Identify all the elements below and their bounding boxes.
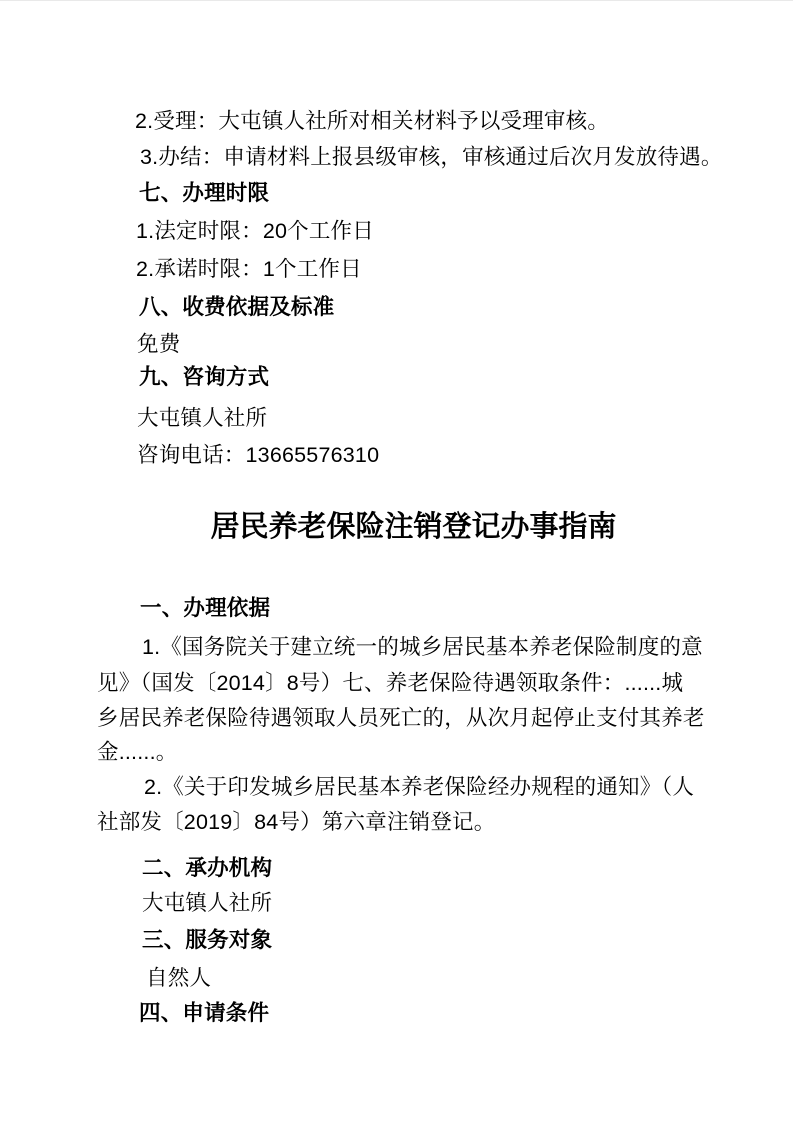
basis1-line4: 金......。 — [97, 741, 177, 764]
basis1-line2: 见》（国发〔2014〕8号）七、养老保险待遇领取条件：......城 — [97, 672, 683, 695]
service-target-line: 自然人 — [146, 967, 211, 990]
step-complete-line: 3.办结：申请材料上报县级审核，审核通过后次月发放待遇。 — [140, 146, 723, 169]
heading-consult-method: 九、咨询方式 — [139, 366, 269, 389]
legal-time-limit-line: 1.法定时限：20个工作日 — [136, 220, 374, 243]
guide-title: 居民养老保险注销登记办事指南 — [0, 511, 793, 544]
step-accept-line: 2.受理：大屯镇人社所对相关材料予以受理审核。 — [135, 110, 609, 133]
heading-application-conditions: 四、申请条件 — [139, 1002, 269, 1025]
basis1-line1: 1.《国务院关于建立统一的城乡居民基本养老保险制度的意 — [142, 636, 703, 659]
consult-office-line: 大屯镇人社所 — [137, 407, 267, 430]
document-page: 2.受理：大屯镇人社所对相关材料予以受理审核。 3.办结：申请材料上报县级审核，… — [0, 0, 793, 1122]
heading-fee-basis: 八、收费依据及标准 — [139, 296, 334, 319]
basis2-line1: 2.《关于印发城乡居民基本养老保险经办规程的通知》（人 — [144, 776, 694, 799]
heading-service-target: 三、服务对象 — [142, 929, 272, 952]
agency-line: 大屯镇人社所 — [142, 892, 272, 915]
heading-time-limit: 七、办理时限 — [139, 182, 269, 205]
promised-time-limit-line: 2.承诺时限：1个工作日 — [136, 258, 362, 281]
basis2-line2: 社部发〔2019〕84号）第六章注销登记。 — [97, 811, 495, 834]
heading-basis: 一、办理依据 — [140, 597, 270, 620]
consult-phone-line: 咨询电话：13665576310 — [137, 444, 379, 467]
fee-line: 免费 — [137, 333, 180, 356]
heading-agency: 二、承办机构 — [142, 857, 272, 880]
basis1-line3: 乡居民养老保险待遇领取人员死亡的，从次月起停止支付其养老 — [97, 707, 705, 730]
page-top-edge — [0, 0, 793, 1]
